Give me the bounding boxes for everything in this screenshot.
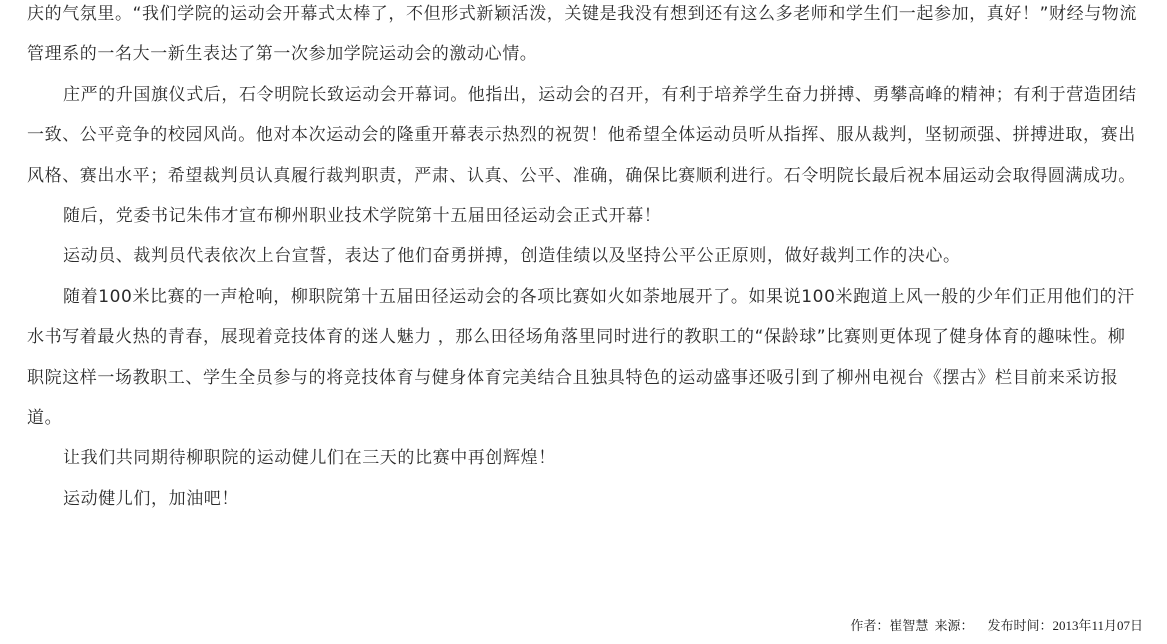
paragraph-2: 庄严的升国旗仪式后，石令明院长致运动会开幕词。他指出，运动会的召开，有利于培养学… <box>27 75 1139 196</box>
published-date: 2013年11月07日 <box>1052 615 1143 634</box>
article-body: 庆的气氛里。“我们学院的运动会开幕式太棒了，不但形式新颖活泼，关键是我没有想到还… <box>27 0 1139 519</box>
paragraph-5: 随着100米比赛的一声枪响，柳职院第十五届田径运动会的各项比赛如火如荼地展开了。… <box>27 277 1139 439</box>
paragraph-3: 随后，党委书记朱伟才宣布柳州职业技术学院第十五届田径运动会正式开幕！ <box>27 196 1139 236</box>
author-label: 作者： <box>850 615 889 634</box>
paragraph-1: 庆的气氛里。“我们学院的运动会开幕式太棒了，不但形式新颖活泼，关键是我没有想到还… <box>27 0 1139 75</box>
paragraph-7: 运动健儿们，加油吧！ <box>27 479 1139 519</box>
paragraph-4: 运动员、裁判员代表依次上台宣誓，表达了他们奋勇拼搏，创造佳绩以及坚持公平公正原则… <box>27 236 1139 276</box>
paragraph-6: 让我们共同期待柳职院的运动健儿们在三天的比赛中再创辉煌！ <box>27 438 1139 478</box>
article-meta: 作者：崔智慧来源：发布时间：2013年11月07日 <box>850 615 1143 634</box>
source-label: 来源： <box>934 615 973 634</box>
published-label: 发布时间： <box>987 615 1052 634</box>
author-name: 崔智慧 <box>889 615 928 634</box>
